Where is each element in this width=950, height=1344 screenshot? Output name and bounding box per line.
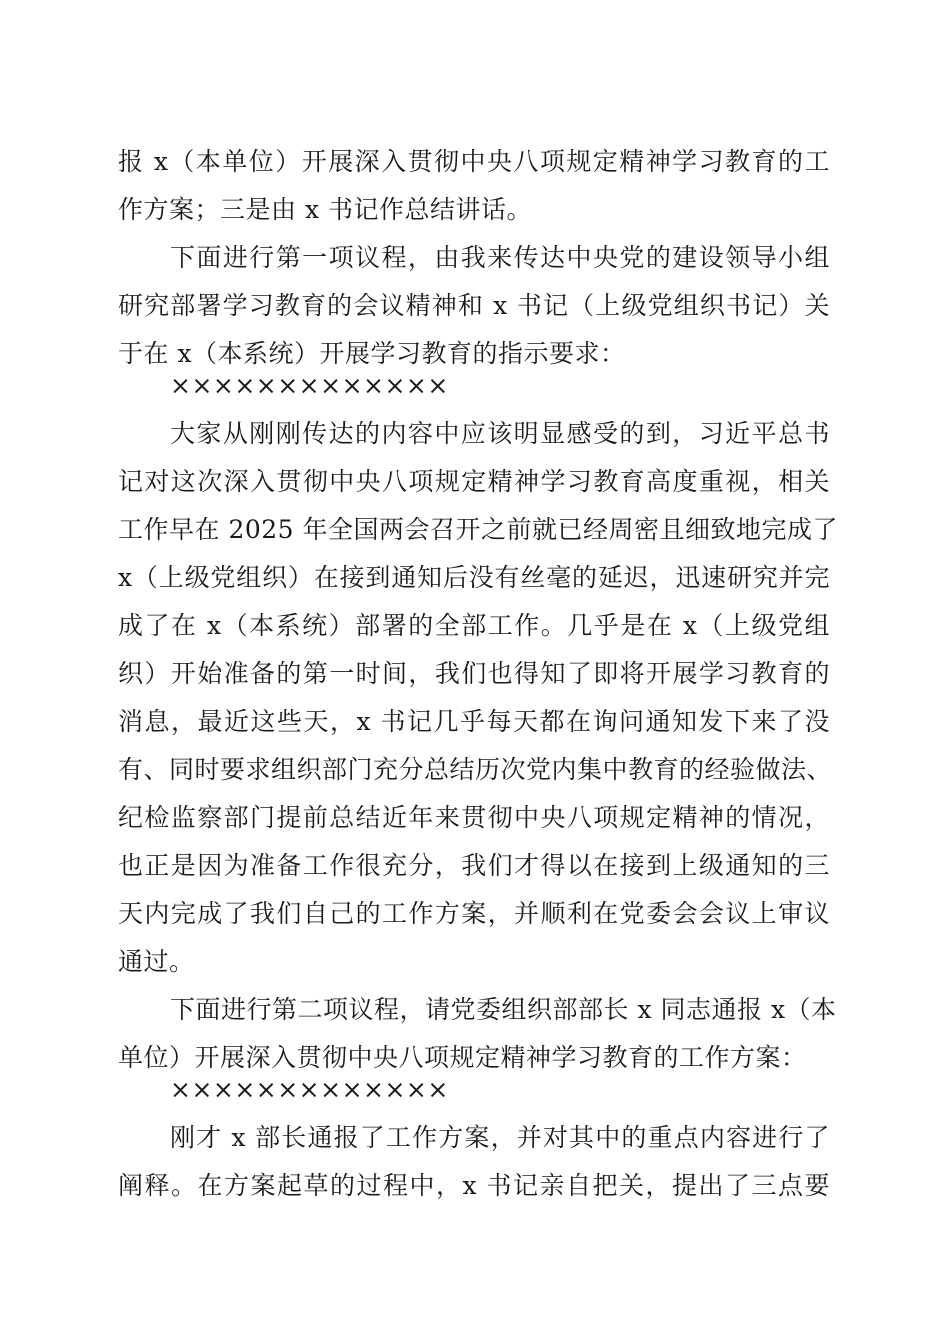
text-line: ×××××××××××××: [170, 371, 830, 401]
document-page: 报 x（本单位）开展深入贯彻中央八项规定精神学习教育的工作方案；三是由 x 书记…: [0, 0, 950, 1344]
text-line: 大家从刚刚传达的内容中应该明显感受的到，习近平总书: [170, 419, 830, 449]
text-line: 报 x（本单位）开展深入贯彻中央八项规定精神学习教育的工: [118, 147, 830, 177]
text-line: 记对这次深入贯彻中央八项规定精神学习教育高度重视，相关: [118, 467, 830, 497]
text-line: 织）开始准备的第一时间，我们也得知了即将开展学习教育的: [118, 659, 830, 689]
text-line: 单位）开展深入贯彻中央八项规定精神学习教育的工作方案：: [118, 1043, 830, 1073]
text-line: 成了在 x（本系统）部署的全部工作。几乎是在 x（上级党组: [118, 611, 830, 641]
text-line: 作方案；三是由 x 书记作总结讲话。: [118, 195, 830, 225]
text-line: 通过。: [118, 947, 830, 977]
text-line: 工作早在 2025 年全国两会召开之前就已经周密且细致地完成了: [118, 515, 830, 545]
text-line: 消息，最近这些天，x 书记几乎每天都在询问通知发下来了没: [118, 707, 830, 737]
text-line: ×××××××××××××: [170, 1075, 830, 1105]
text-line: 有、同时要求组织部门充分总结历次党内集中教育的经验做法、: [118, 755, 830, 785]
text-line: 下面进行第一项议程，由我来传达中央党的建设领导小组: [170, 243, 830, 273]
text-line: 于在 x（本系统）开展学习教育的指示要求：: [118, 339, 830, 369]
text-line: x（上级党组织）在接到通知后没有丝毫的延迟，迅速研究并完: [118, 563, 830, 593]
text-line: 也正是因为准备工作很充分，我们才得以在接到上级通知的三: [118, 851, 830, 881]
text-line: 天内完成了我们自己的工作方案，并顺利在党委会会议上审议: [118, 899, 830, 929]
text-line: 刚才 x 部长通报了工作方案，并对其中的重点内容进行了: [170, 1123, 830, 1153]
text-line: 纪检监察部门提前总结近年来贯彻中央八项规定精神的情况，: [118, 803, 830, 833]
text-line: 研究部署学习教育的会议精神和 x 书记（上级党组织书记）关: [118, 291, 830, 321]
text-line: 阐释。在方案起草的过程中，x 书记亲自把关，提出了三点要: [118, 1171, 830, 1201]
text-line: 下面进行第二项议程，请党委组织部部长 x 同志通报 x（本: [170, 995, 830, 1025]
